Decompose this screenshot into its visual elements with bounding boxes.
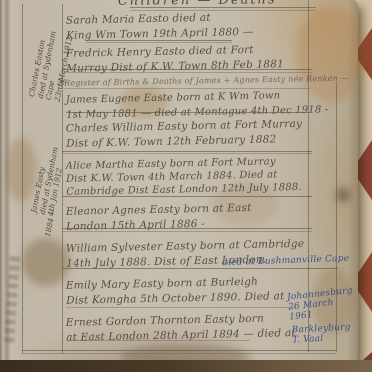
entry-divider-2 (62, 153, 312, 154)
register-entry: Fredrick Henry Easto died at Fort Murray… (66, 41, 335, 77)
table-bottom-rule (22, 350, 336, 351)
page-title: Children — Deaths (118, 0, 277, 9)
blue-ink-addendum: Johannesburg 26 March 1961 (287, 285, 360, 322)
margin-note: Charles Easton died at Sydenham Cape 23r… (28, 14, 77, 103)
blue-ink-addendum: Barkleyburg T. Vaal (292, 322, 352, 345)
register-entry: Charles William Easty born at Fort Murra… (66, 116, 335, 152)
stain (336, 188, 350, 202)
register-entry: Eleanor Agnes Easty born at East London … (66, 199, 335, 235)
book-edge-shadow (0, 360, 372, 372)
stain (6, 138, 36, 202)
table-bottom-rule-2 (22, 353, 336, 354)
register-entry: Alice Martha Easty born at Fort Murray D… (66, 154, 335, 199)
faint-margin-writing (4, 256, 20, 342)
rule-vertical-left-outer (22, 4, 23, 354)
register-entry: William Sylvester Easty born at Cambridg… (66, 236, 335, 272)
register-entry: Sarah Maria Easto died at King Wm Town 1… (66, 8, 335, 44)
entry-divider (62, 151, 312, 152)
register-page: Children — Deaths ✳ Register of Births &… (0, 0, 358, 366)
photo-of-register-page: Children — Deaths ✳ Register of Births &… (0, 0, 372, 372)
